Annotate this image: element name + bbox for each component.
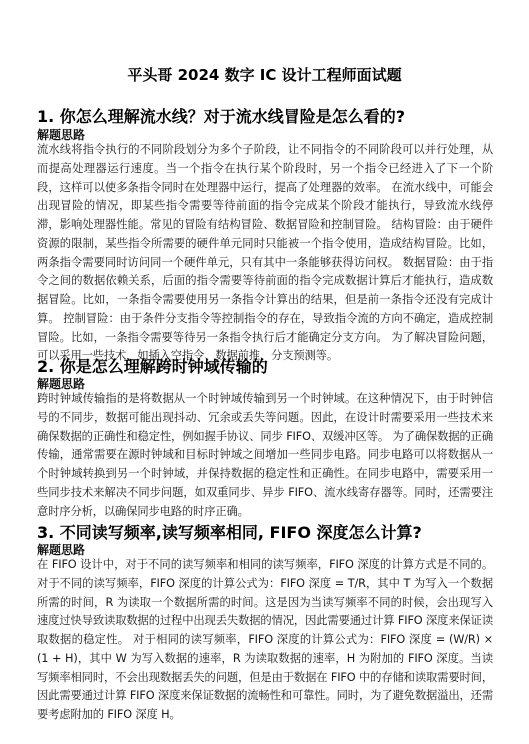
question-2-body: 跨时钟域传输指的是将数据从一个时钟域传输到另一个时钟域。在这种情况下，由于时钟信… [37,390,493,521]
document-title: 平头哥 2024 数字 IC 设计工程师面试题 [0,64,529,85]
question-2-heading: 2. 你是怎么理解跨时钟域传输的 [37,354,268,377]
question-3-body: 在 FIFO 设计中，对于不同的读写频率和相同的读写频率，FIFO 深度的计算方… [37,556,493,725]
question-1-heading: 1. 你怎么理解流水线？对于流水线冒险是怎么看的? [37,104,405,127]
question-3-heading: 3. 不同读写频率,读写频率相同, FIFO 深度怎么计算? [37,520,422,543]
question-1-body: 流水线将指令执行的不同阶段划分为多个子阶段，让不同指令的不同阶段可以并行处理，从… [37,141,493,366]
